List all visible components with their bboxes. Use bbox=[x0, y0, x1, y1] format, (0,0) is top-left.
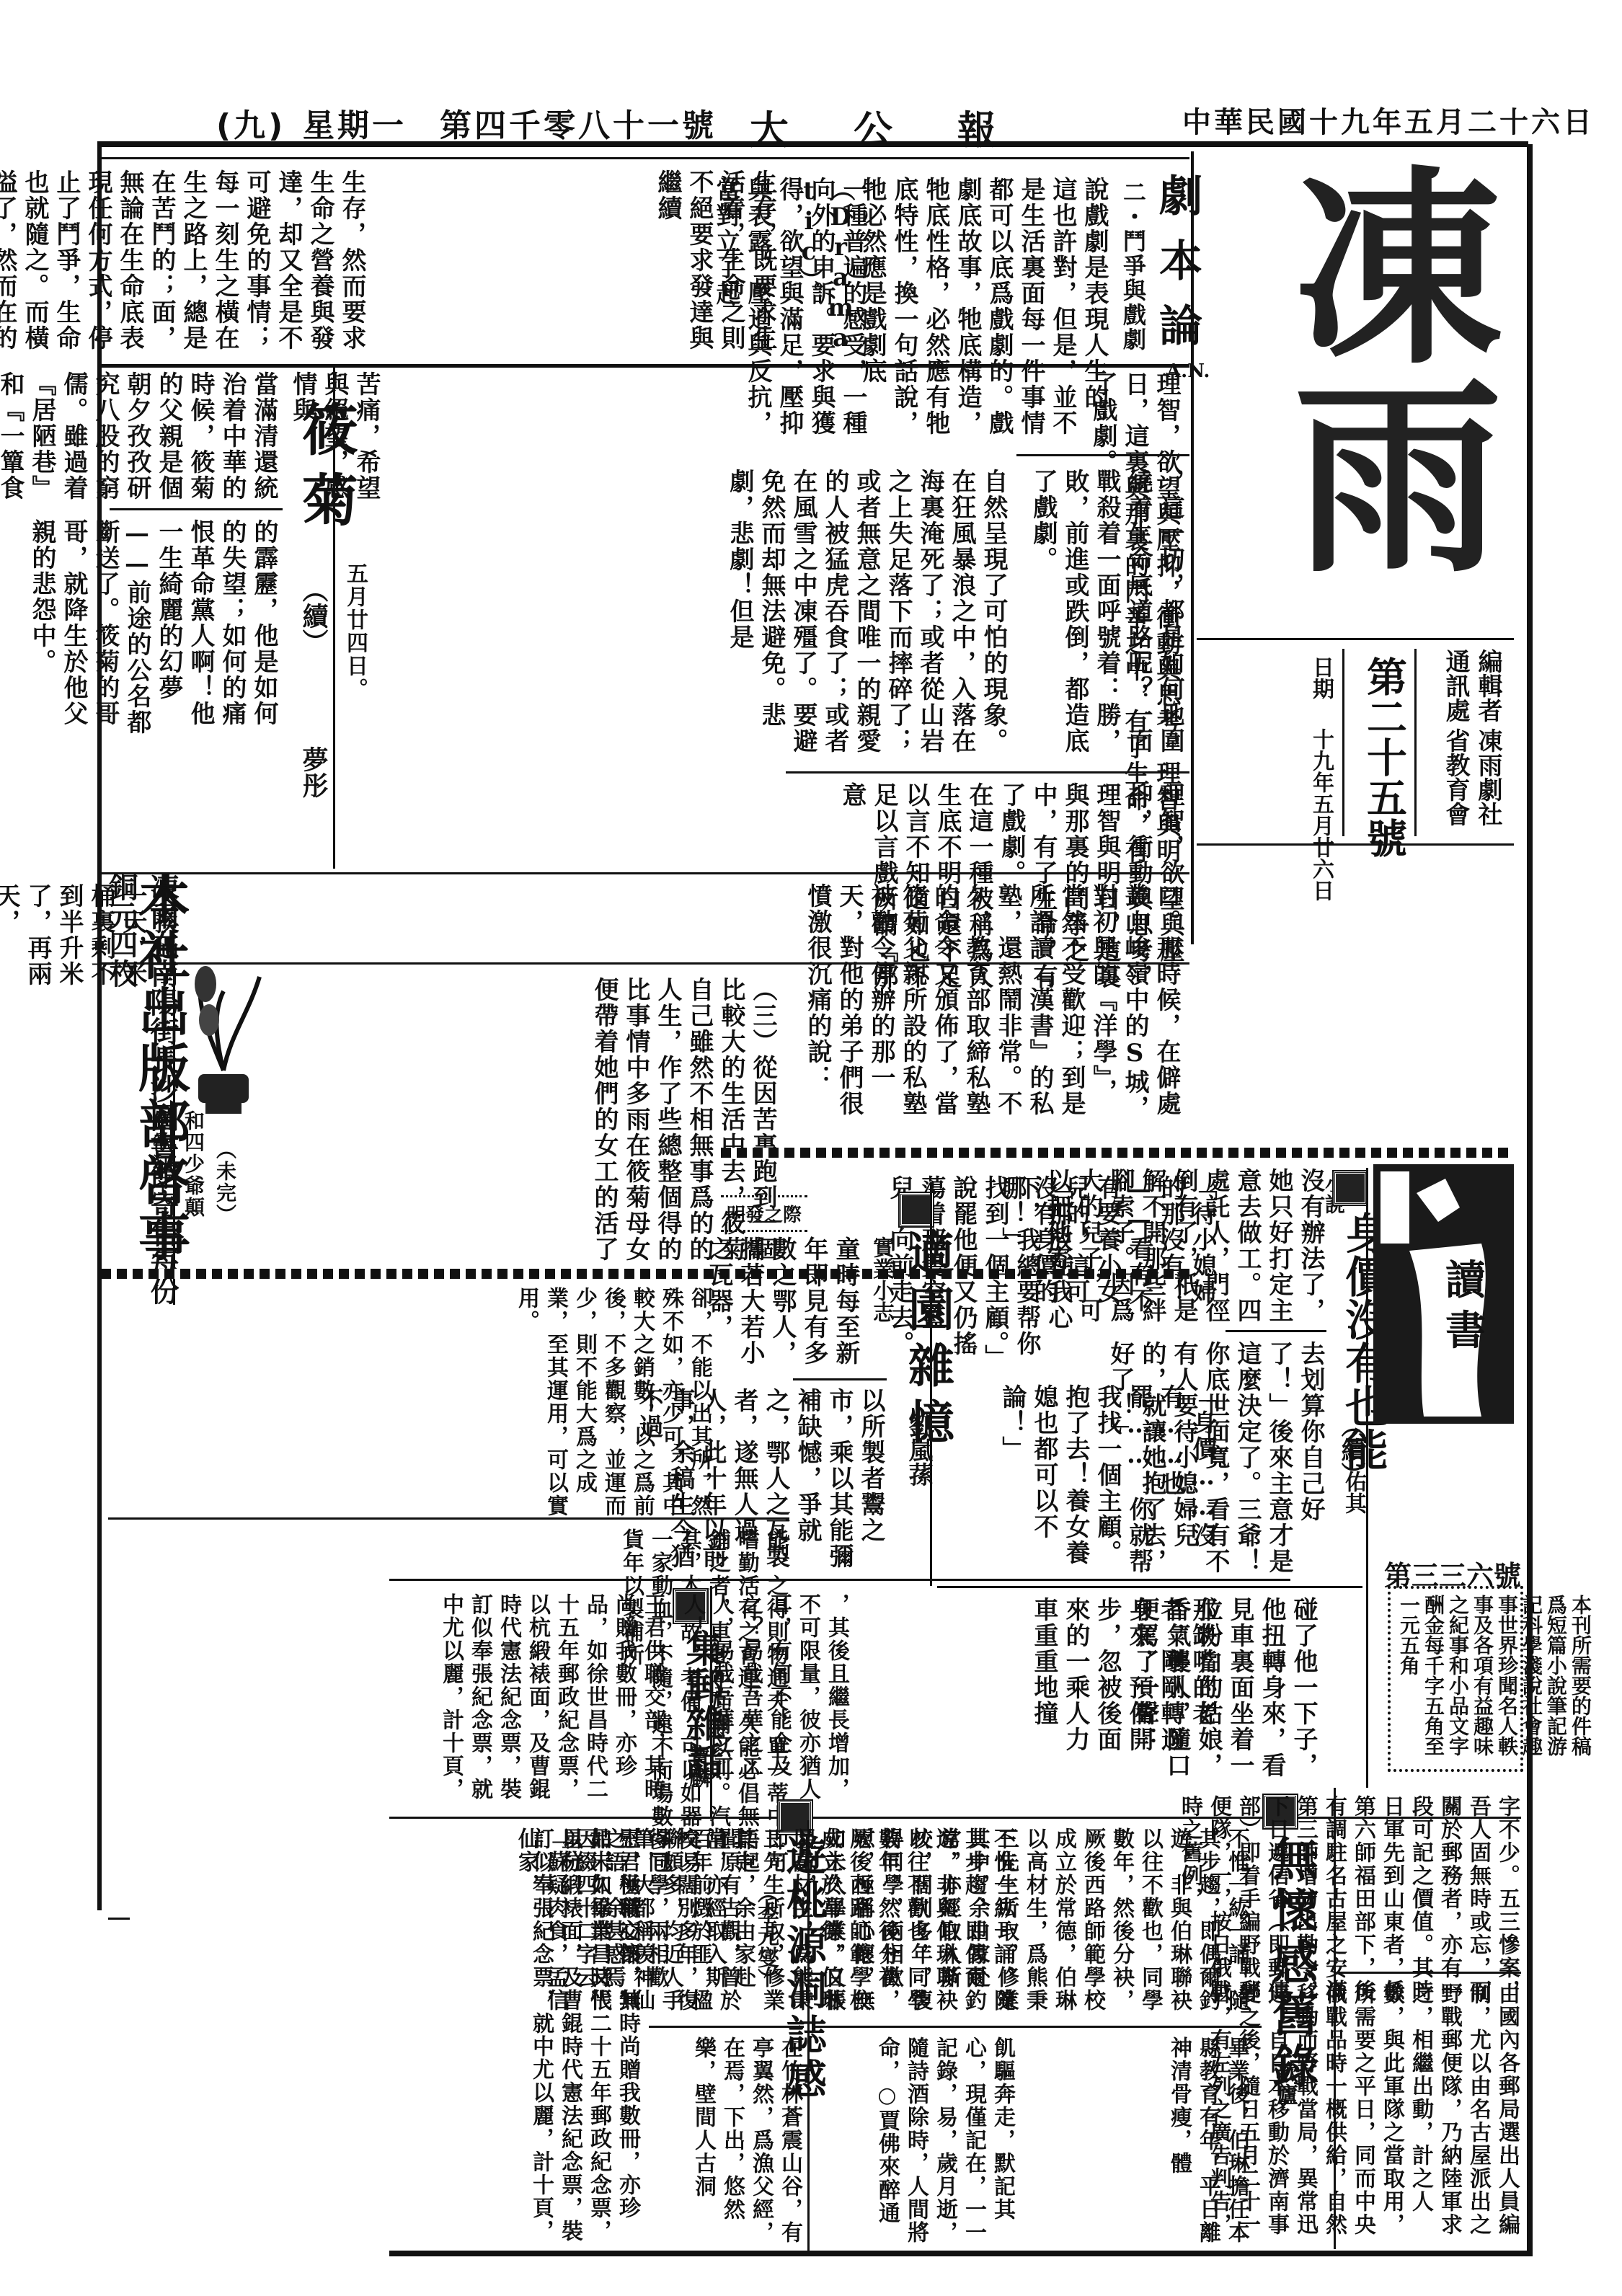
shenjia-p7: 碰了他一下子，他扭轉身來，看見車裏面坐着一位粉白的姑娘，香氣襲人，隨口便罵了一聲… bbox=[1226, 1597, 1319, 1784]
taoyuan-p4: 飢驅奔走，默記其心，現僅記在，一一記錄，易，歲月逝，隨詩酒除時，人間將命，○賈佛… bbox=[815, 2036, 1016, 2246]
top-rule bbox=[101, 157, 1189, 159]
torn-stub bbox=[108, 1918, 130, 1920]
xiaoju-p2-block: 理智，欲望與壓抑，衝動與思考，理智與明日，這裏與那裏的鬥爭之中，有了生命，有了戲… bbox=[389, 371, 1182, 869]
weekday: 星期一 bbox=[303, 99, 407, 143]
bottom-frame bbox=[389, 2251, 1532, 2256]
section-badge-icon bbox=[900, 1193, 933, 1226]
xiaoju-p7: 苦痛，希望與絕望，感情與 bbox=[339, 371, 382, 501]
reader-figure-icon: 讀 書 bbox=[1373, 1164, 1514, 1424]
shiyuan-p1: 童時每至新年即見有多數之鄂人，攜若大若小之瓦器， bbox=[793, 1236, 861, 1373]
issue-number: 第四千零八十一號 bbox=[440, 99, 717, 143]
masthead-date: 十九年五月廿六日 bbox=[1305, 728, 1337, 901]
misc-rule bbox=[108, 1517, 789, 1520]
shenjia-p4: 「身價……沒有……也罷……！你就帮我找一個主顧。抱了去！養女養媳也都可以不論！」 bbox=[937, 1384, 1218, 1579]
torn-paper-area bbox=[97, 1910, 386, 2296]
notice-text: 凍雨在南陽街長沙圖書館寄售每份銅元四枚 bbox=[101, 872, 183, 1305]
xiaoju-author: 夢彤 bbox=[296, 746, 332, 798]
ornamental-divider-2 bbox=[721, 1148, 1514, 1158]
section-badge-icon bbox=[1334, 1171, 1367, 1205]
shiyuan-p2: 以所製者鬻之市，乘以其能彌補缺憾，爭就之，鄂人之瓦製者，遂無人過人，此十年以前事… bbox=[793, 1388, 887, 1582]
article-title-drama-theory: 劇本論 bbox=[1146, 173, 1208, 368]
shiyuan-icon-wrap bbox=[900, 1193, 933, 1229]
taoyuan-rule bbox=[649, 2026, 804, 2028]
shiyuan-subtitle: 實業小志 bbox=[865, 1236, 897, 1323]
taoyuan-left-col: 王君供職交部，其時尚贈我數冊，亦珍品，如徐世昌時代二十五年郵政紀念票，以杭緞裱面… bbox=[404, 1827, 642, 2246]
taoyuan-rule-2 bbox=[815, 2026, 1262, 2028]
paper-name: 大公報 bbox=[750, 99, 1061, 143]
xiaoju-cont: （續） bbox=[296, 577, 332, 655]
correspondence: 省教育會 bbox=[1438, 728, 1473, 826]
svg-text:書: 書 bbox=[1445, 1307, 1486, 1355]
taoyuan-p2: 在竹林蒼震山谷，有亭翼然，爲漁父經，在焉，下出，悠然樂，壁間人古洞 bbox=[649, 2036, 804, 2246]
date-label: 日期 bbox=[1305, 656, 1337, 699]
lower-rule-top bbox=[389, 1579, 1290, 1581]
xiaoju-rule bbox=[110, 508, 283, 510]
shenjia-rule-2 bbox=[937, 1586, 1362, 1588]
info-divider bbox=[1414, 649, 1417, 836]
section-icon bbox=[1334, 1171, 1367, 1207]
contribution-notice-box: 本刊所需要的件稿爲短篇小說筆記游記科學淺說社會趣事世界珍聞名人軼事及各項有益趣味… bbox=[1388, 1586, 1523, 1772]
torn-edge bbox=[288, 1874, 404, 1918]
svg-text:讀: 讀 bbox=[1445, 1256, 1488, 1304]
drama-theory-p8: 生存，既要求生活着，生命之則不絕要求發達與繼續 bbox=[375, 169, 779, 364]
shenjia-p2: 去划算你自己好了！」後來主意才是這麼決定了。三爺！你底世面寬，看有不有人要待小媳… bbox=[1226, 1341, 1326, 1579]
shenjia-divider bbox=[1366, 1168, 1368, 1788]
contribution-notice-text: 本刊所需要的件稿爲短篇小說筆記游記科學淺說社會趣事世界珍聞名人軼事及各項有益趣味… bbox=[1391, 1589, 1598, 1766]
xiaoju-p3: 的霹靂，他是如何的失望；如何的痛恨革命黨人啊！他一生綺麗的幻夢——前途的公名都斷… bbox=[107, 519, 280, 735]
wuhuai-p2: 字不少。五三慘案，吾人固無時或忘，而關於郵務者，亦有一段可記之價值。其時日軍先到… bbox=[1337, 1795, 1521, 2011]
page-number: (九) bbox=[216, 99, 285, 143]
masthead-rule bbox=[1197, 638, 1514, 640]
mid-rule-2 bbox=[101, 872, 1189, 874]
reading-illustration: 讀 書 bbox=[1373, 1164, 1514, 1424]
editor-name: 凍雨劇社 bbox=[1471, 728, 1506, 826]
mid-rule-1 bbox=[101, 364, 1189, 368]
header-rule bbox=[97, 141, 1528, 147]
right-frame bbox=[1527, 144, 1533, 2256]
wuhuai-rule bbox=[1337, 1972, 1521, 1974]
editor-label: 編輯者 bbox=[1471, 649, 1506, 722]
xiaoju-divider bbox=[333, 364, 335, 869]
mingfa-tag: 明發之際 bbox=[721, 1195, 807, 1232]
info-rule bbox=[1197, 843, 1514, 846]
info-divider-2 bbox=[1342, 649, 1344, 836]
shenjia-p3: 「待小媳婦的那沒有！——看有不有要養小女兒的，這可沒有身價的哪！」 bbox=[1081, 1175, 1218, 1319]
issue-label: 第二十五號 bbox=[1355, 656, 1413, 858]
masthead-title: 凍雨 bbox=[1276, 159, 1485, 627]
drama-theory-p7: 生存，然而要求生命之營養與發達，却又全是不可避免的事情；每一刻生之橫在生之路上，… bbox=[108, 169, 368, 364]
xiaoju-p1: 當滿清還統治着中華的時候，筱菊的父親是個朝夕孜孜研究八股的窮儒。雖過着『居陋巷』… bbox=[107, 371, 280, 515]
shiyuan-divider bbox=[930, 1182, 932, 1586]
misc-column-p1: 卻，不能以出其所，然殊不如，亦少可，其中較大之銷數，以之爲前後，不多觀察，並運而… bbox=[108, 1287, 714, 1517]
correspondence-label: 通訊處 bbox=[1438, 649, 1473, 722]
xiaoju-p10: 和四少爺顛倒欲狂了。 bbox=[180, 1110, 209, 1218]
shenjia-author: 佑其 bbox=[1337, 1471, 1369, 1514]
jiyou-p1: 王君供職交部，其時尚贈我數冊，亦珍品，如徐世昌時代二十五年郵政紀念票，以杭緞裱面… bbox=[530, 1593, 667, 1817]
xiaoju-p9: （三）從因苦裏跑到一個比較大的生活中去，筱菊自己雖然不相無事爲的的人生，作了些總… bbox=[274, 977, 779, 1280]
xiaoju-end: （未完） bbox=[209, 1139, 241, 1225]
shenjia-rule bbox=[1226, 1330, 1326, 1332]
shenjia-p1: 沒有辦法了，她只好打定主意去做工。四處託人，門徑倒有了，祇是解不開那些絆腳索子。… bbox=[1226, 1168, 1326, 1348]
jiyou-p2: ，其後且繼長增加，不可限量，彼亦猶人耳，有何不能企及之？勗哉吾華之工人，勗哉吾華… bbox=[714, 1593, 851, 1817]
xiaoju-date-note: 五月廿四日。 bbox=[339, 562, 371, 701]
orchid-pot-icon bbox=[180, 962, 267, 1121]
shiyuan-rule bbox=[793, 1378, 887, 1380]
wuhuai-p3: 由國內各郵局選出人員編制，尤以由名古屋派出之野戰郵便隊，乃納陸軍求之，相繼出動，… bbox=[1337, 1982, 1521, 2242]
header-date: 中華民國十九年五月二十六日 bbox=[1182, 99, 1595, 143]
